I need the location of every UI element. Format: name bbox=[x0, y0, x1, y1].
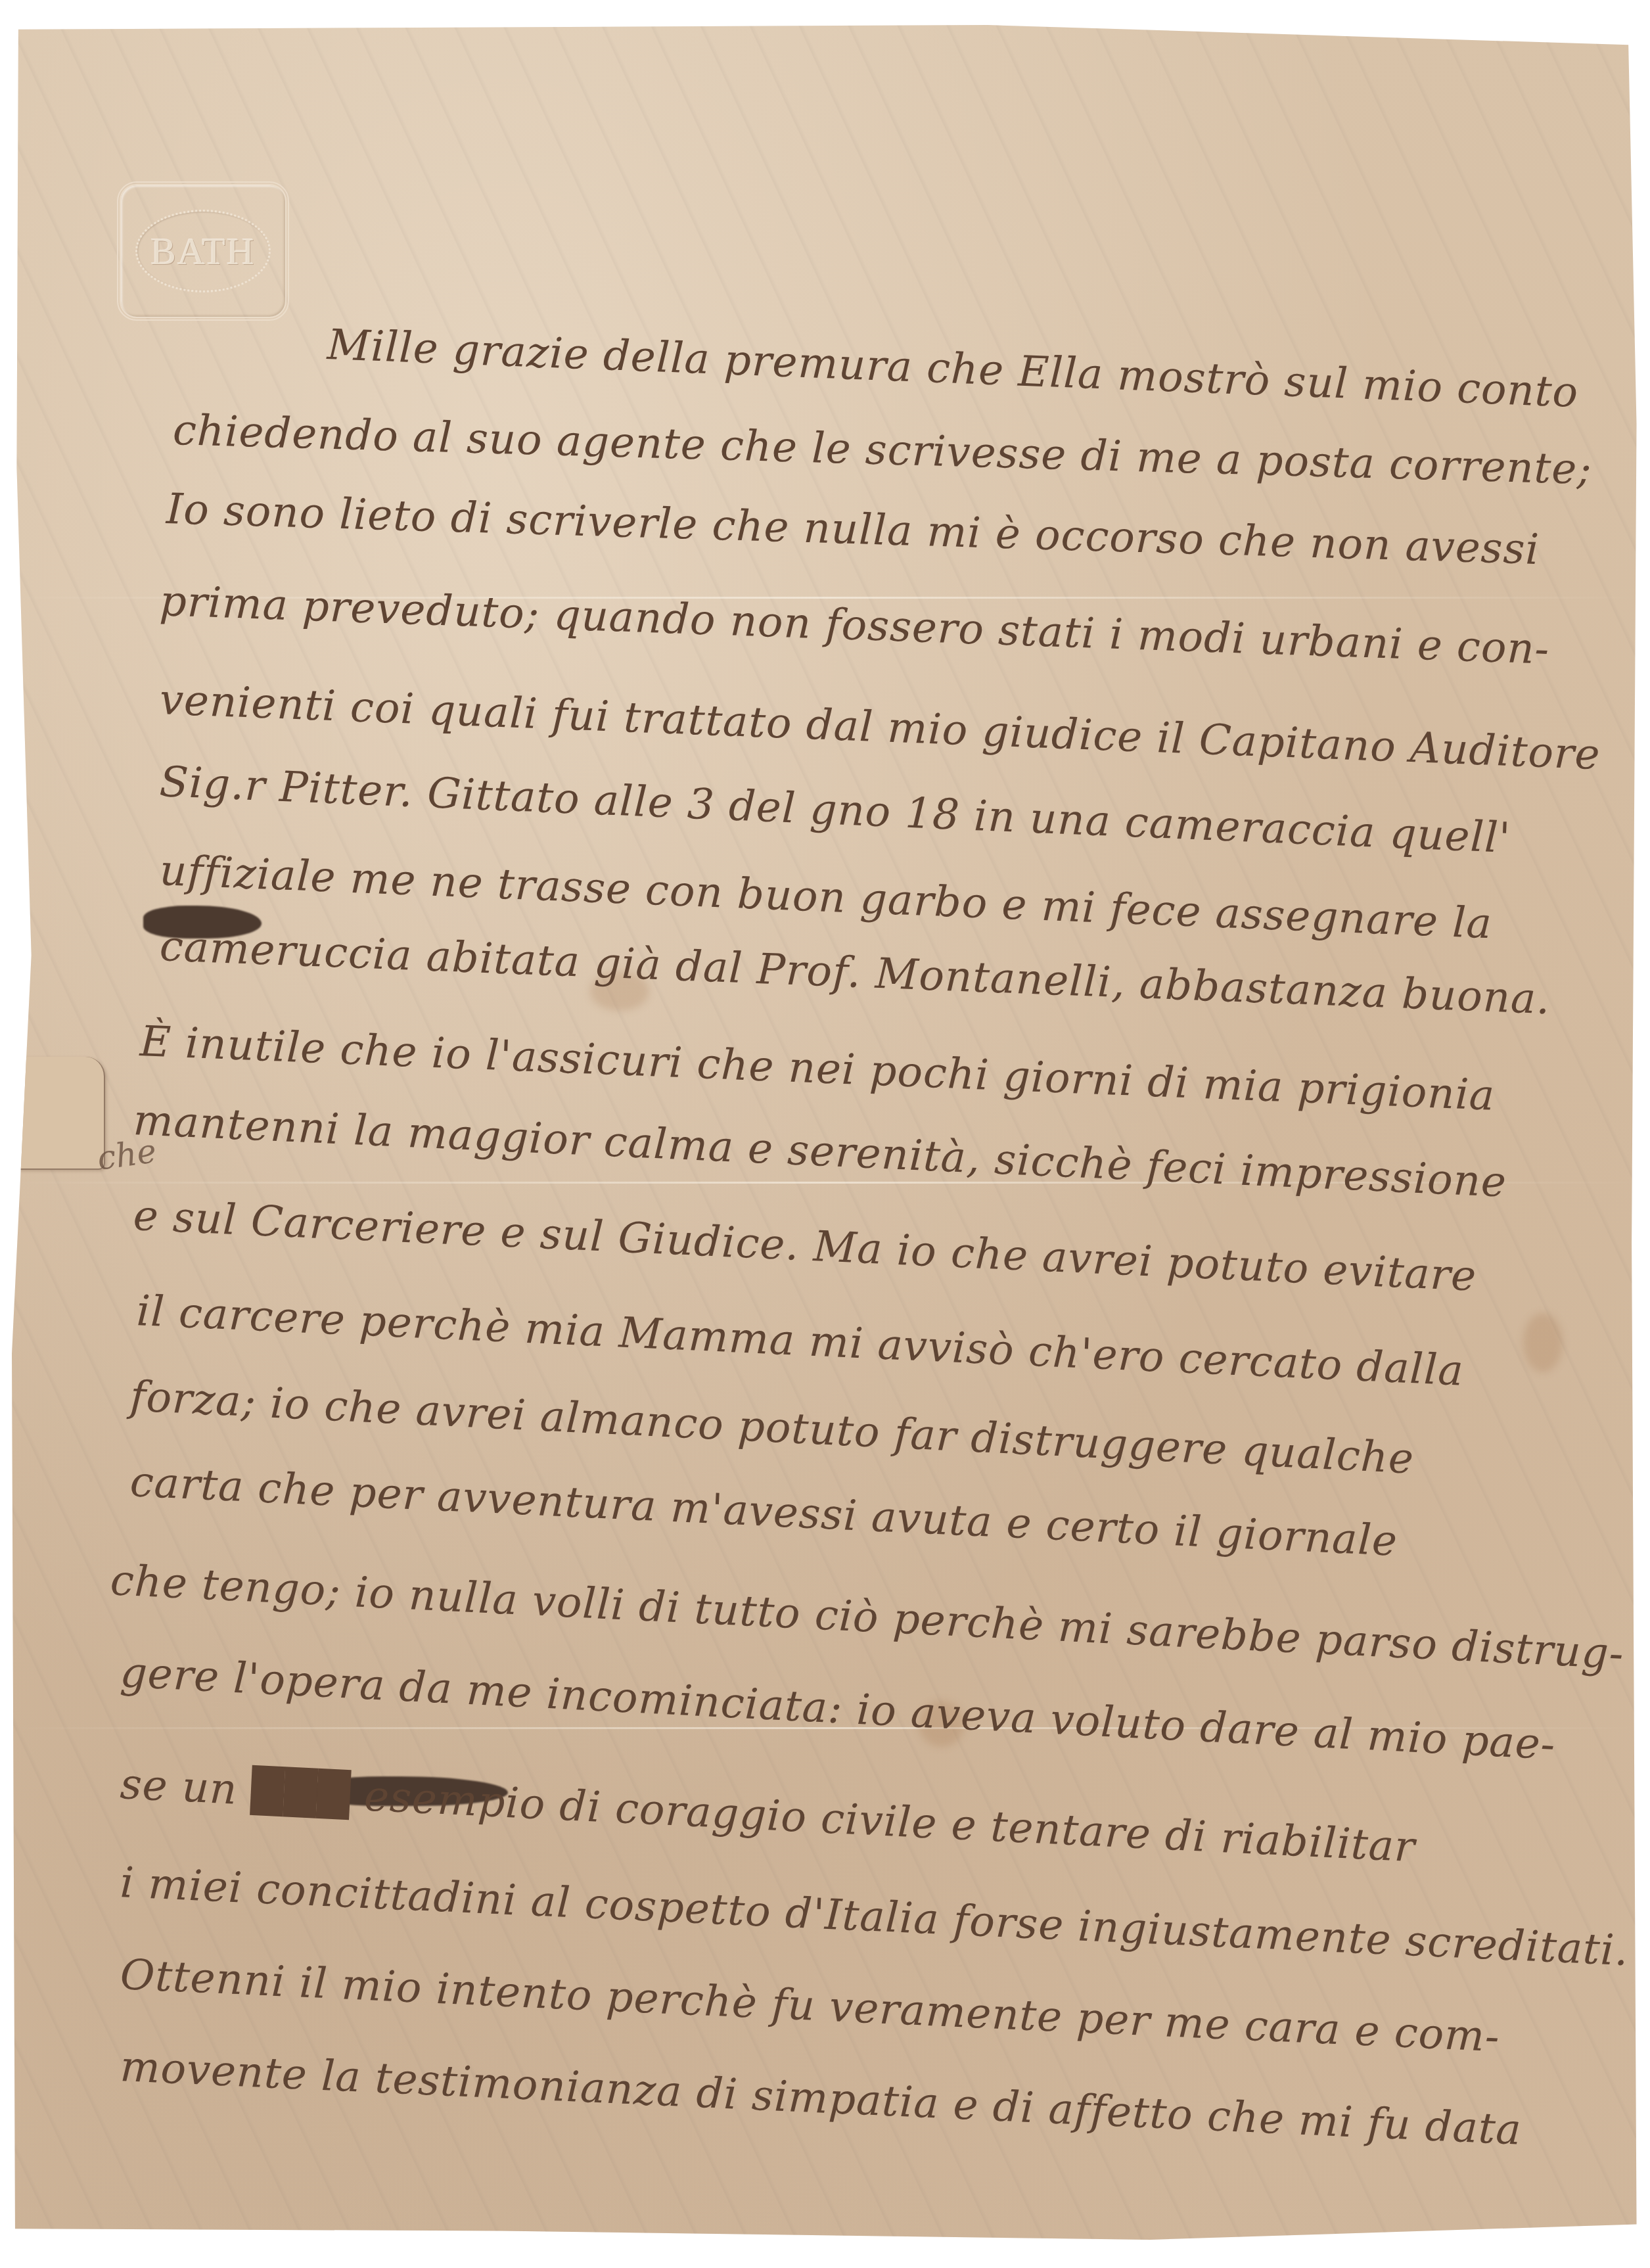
letter-line-18: i miei concittadini al cospetto d'Italia… bbox=[119, 1859, 1630, 1976]
letter-line-4: prima preveduto; quando non fossero stat… bbox=[159, 577, 1551, 674]
letter-line-10: mantenni la maggior calma e serenità, si… bbox=[132, 1096, 1507, 1207]
letter-line-20: movente la testimonianza di simpatia e d… bbox=[119, 2043, 1523, 2155]
torn-flap bbox=[12, 1057, 105, 1170]
embossed-stamp: BATH bbox=[117, 181, 289, 321]
stamp-text: BATH bbox=[150, 229, 255, 273]
letter-line-12: il carcere perchè mia Mamma mi avvisò ch… bbox=[135, 1287, 1465, 1396]
foxing-stain bbox=[1523, 1313, 1563, 1372]
letter-line-17: se un ███ esempio di coraggio civile e t… bbox=[119, 1760, 1416, 1872]
letter-line-1: Mille grazie della premura che Ella most… bbox=[327, 321, 1580, 417]
letter-page: BATH che Mille grazie della premura che … bbox=[12, 25, 1638, 2240]
letter-line-14: carta che per avventura m'avessi avuta e… bbox=[129, 1458, 1398, 1566]
letter-line-3: Io sono lieto di scriverle che nulla mi … bbox=[166, 485, 1540, 574]
letter-line-9: È inutile che io l'assicuri che nei poch… bbox=[139, 1017, 1496, 1121]
letter-line-19: Ottenni il mio intento perchè fu veramen… bbox=[119, 1951, 1501, 2062]
letter-line-11: e sul Carceriere e sul Giudice. Ma io ch… bbox=[132, 1192, 1477, 1301]
letter-line-16: gere l'opera da me incominciata: io avev… bbox=[119, 1648, 1557, 1770]
letter-line-6: Sig.r Pitter. Gittato alle 3 del gno 18 … bbox=[158, 758, 1511, 863]
stamp-oval: BATH bbox=[135, 210, 271, 292]
letter-line-2: chiedendo al suo agente che le scrivesse… bbox=[172, 406, 1593, 494]
letter-line-5: venienti coi quali fui trattato dal mio … bbox=[159, 676, 1601, 779]
